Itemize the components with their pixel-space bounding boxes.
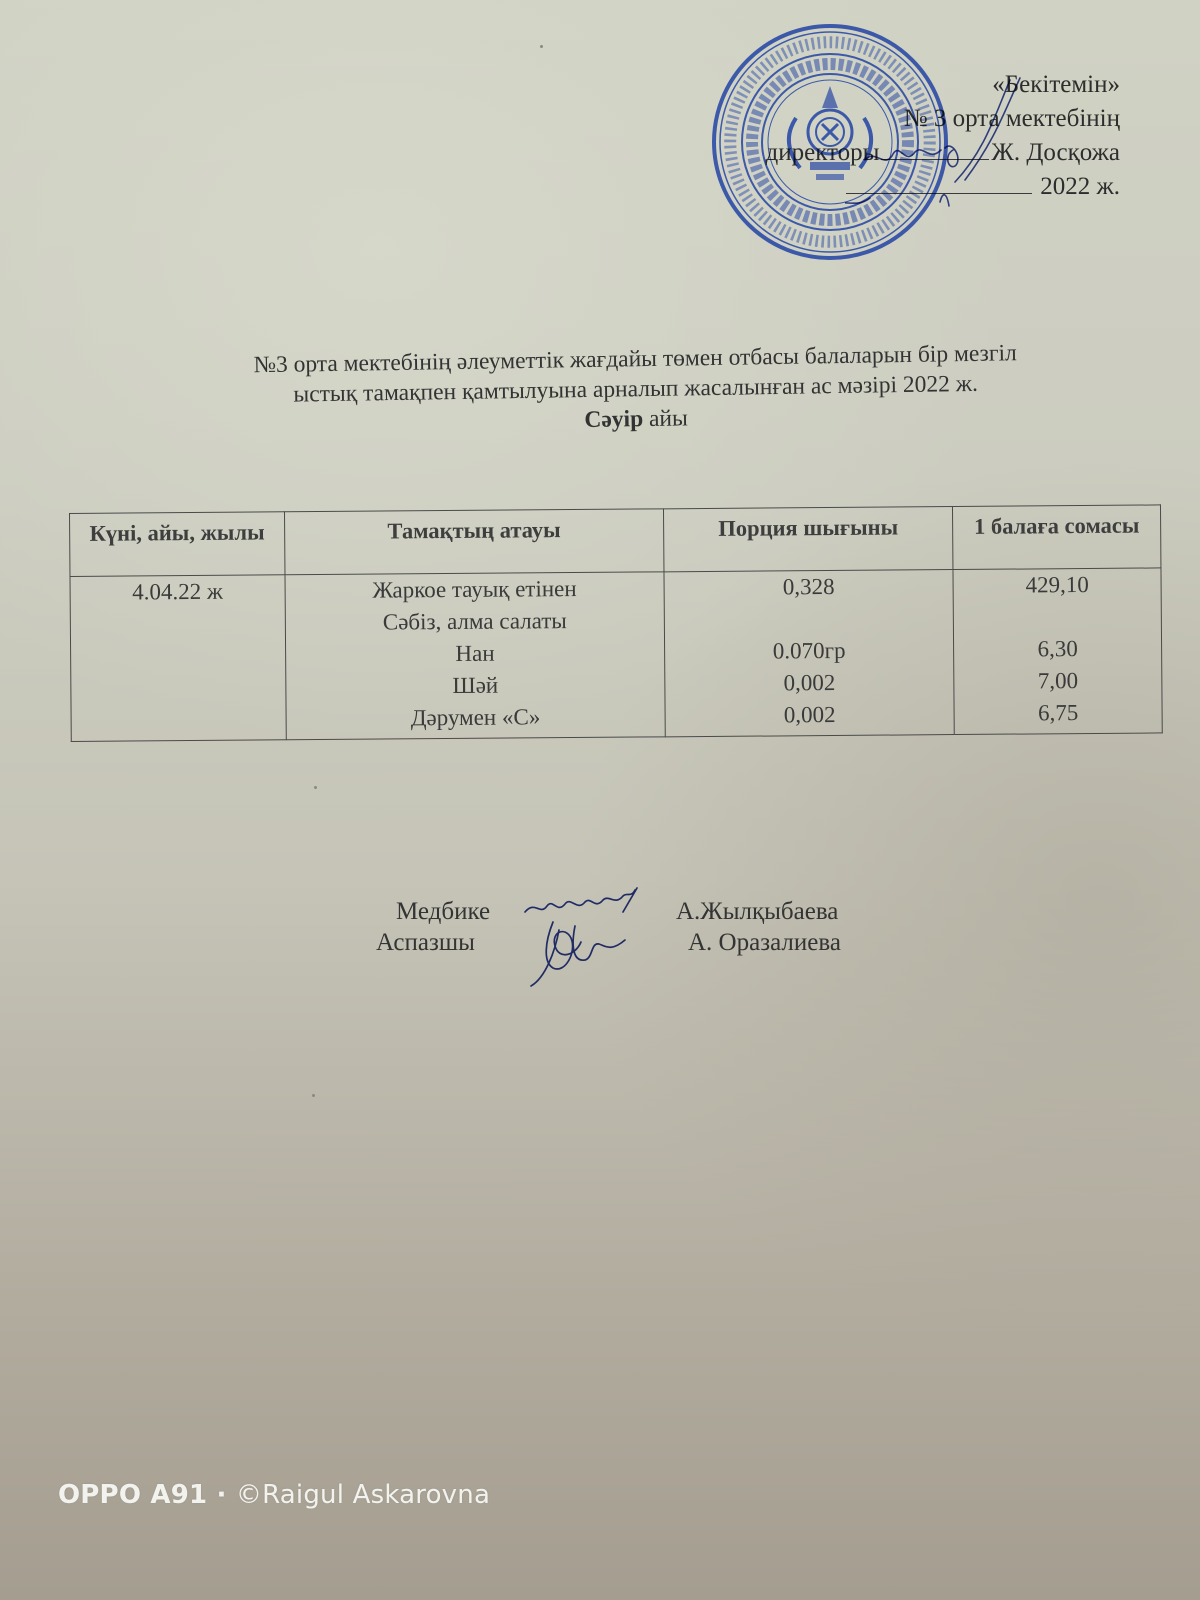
- cost-item: 429,10: [960, 568, 1155, 602]
- cost-item: 6,30: [960, 632, 1155, 666]
- signature-name: А.Жылқыбаева: [676, 896, 838, 927]
- dust-speck: [312, 1094, 315, 1097]
- table-header-row: Күні, айы, жылы Тамақтың атауы Порция шы…: [70, 505, 1161, 577]
- director-signature-icon: [845, 70, 1025, 210]
- cost-item: 6,75: [961, 696, 1156, 730]
- portion-item: 0,002: [671, 666, 947, 700]
- cost-item: [960, 600, 1155, 634]
- dust-speck: [314, 786, 317, 789]
- dish-item: Нан: [292, 636, 658, 671]
- dish-item: Сәбіз, алма салаты: [292, 604, 658, 639]
- dust-speck: [540, 45, 543, 48]
- cell-date: 4.04.22 ж: [70, 575, 286, 742]
- signature-role: Аспазшы: [376, 927, 516, 958]
- dish-item: Шәй: [292, 668, 658, 703]
- portion-item: [671, 602, 947, 636]
- header-dish-name: Тамақтың атауы: [284, 509, 664, 575]
- document-title: №3 орта мектебінің әлеуметтік жағдайы тө…: [140, 336, 1131, 442]
- cell-costs: 429,10 6,30 7,00 6,75: [953, 568, 1162, 735]
- handwritten-signatures-icon: [515, 882, 645, 992]
- dish-item: Дәрумен «С»: [292, 700, 658, 735]
- cell-portions: 0,328 0.070гр 0,002 0,002: [664, 570, 954, 737]
- cell-dishes: Жаркое тауық етінен Сәбіз, алма салаты Н…: [285, 572, 665, 740]
- header-cost-per-child: 1 балаға сомасы: [953, 505, 1161, 570]
- header-portion: Порция шығыны: [664, 507, 954, 572]
- cost-item: 7,00: [960, 664, 1155, 698]
- header-date: Күні, айы, жылы: [70, 512, 285, 577]
- portion-item: 0.070гр: [671, 634, 947, 668]
- menu-table: Күні, айы, жылы Тамақтың атауы Порция шы…: [69, 504, 1163, 742]
- dish-item: Жаркое тауық етінен: [291, 572, 657, 607]
- portion-item: 0,002: [672, 698, 948, 732]
- watermark-author: ©Raigul Askarovna: [236, 1480, 490, 1510]
- watermark-device: OPPO A91: [58, 1480, 207, 1510]
- signature-name: А. Оразалиева: [676, 927, 841, 958]
- approval-year: 2022 ж.: [1040, 173, 1120, 200]
- document-page: «Бекітемін» № 3 орта мектебінің директор…: [0, 0, 1200, 1600]
- portion-item: 0,328: [670, 570, 946, 604]
- signature-role: Медбике: [376, 896, 516, 927]
- month-name: Сәуір: [584, 406, 643, 433]
- watermark-separator: ·: [207, 1480, 236, 1510]
- table-row: 4.04.22 ж Жаркое тауық етінен Сәбіз, алм…: [70, 568, 1162, 742]
- camera-watermark: OPPO A91 · ©Raigul Askarovna: [58, 1480, 490, 1510]
- month-suffix: айы: [643, 405, 688, 432]
